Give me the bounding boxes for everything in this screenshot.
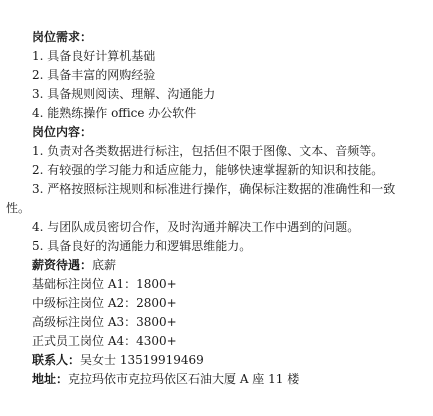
content-item: 5. 具备良好的沟通能力和逻辑思维能力。	[32, 237, 251, 255]
salary-row: 薪资待遇：底薪	[32, 256, 116, 274]
requirement-item: 1. 具备良好计算机基础	[32, 47, 155, 65]
requirement-item: 4. 能熟练操作 office 办公软件	[32, 104, 196, 122]
content-item: 3. 严格按照标注规则和标准进行操作，确保标注数据的准确性和一致	[32, 180, 395, 198]
salary-item: 高级标注岗位 A3：3800+	[32, 313, 177, 331]
content-item: 1. 负责对各类数据进行标注，包括但不限于图像、文本、音频等。	[32, 142, 383, 160]
contact-label: 联系人：	[32, 353, 80, 367]
salary-item: 基础标注岗位 A1：1800+	[32, 275, 177, 293]
address-value: 克拉玛依市克拉玛依区石油大厦 A 座 11 楼	[68, 372, 299, 386]
content-item-wrap: 性。	[6, 199, 30, 217]
requirement-item: 3. 具备规则阅读、理解、沟通能力	[32, 85, 215, 103]
content-heading: 岗位内容：	[32, 123, 92, 141]
salary-item: 正式员工岗位 A4：4300+	[32, 332, 177, 350]
content-item: 2. 有较强的学习能力和适应能力，能够快速掌握新的知识和技能。	[32, 161, 383, 179]
salary-item: 中级标注岗位 A2：2800+	[32, 294, 177, 312]
content-item: 4. 与团队成员密切合作，及时沟通并解决工作中遇到的问题。	[32, 218, 359, 236]
requirements-heading: 岗位需求：	[32, 28, 92, 46]
contact-row: 联系人：吴女士 13519919469	[32, 351, 204, 369]
salary-heading-value: 底薪	[92, 258, 116, 272]
requirement-item: 2. 具备丰富的网购经验	[32, 66, 155, 84]
contact-value: 吴女士 13519919469	[80, 353, 204, 367]
address-row: 地址：克拉玛依市克拉玛依区石油大厦 A 座 11 楼	[32, 370, 299, 388]
salary-heading: 薪资待遇：	[32, 258, 92, 272]
address-label: 地址：	[32, 372, 68, 386]
